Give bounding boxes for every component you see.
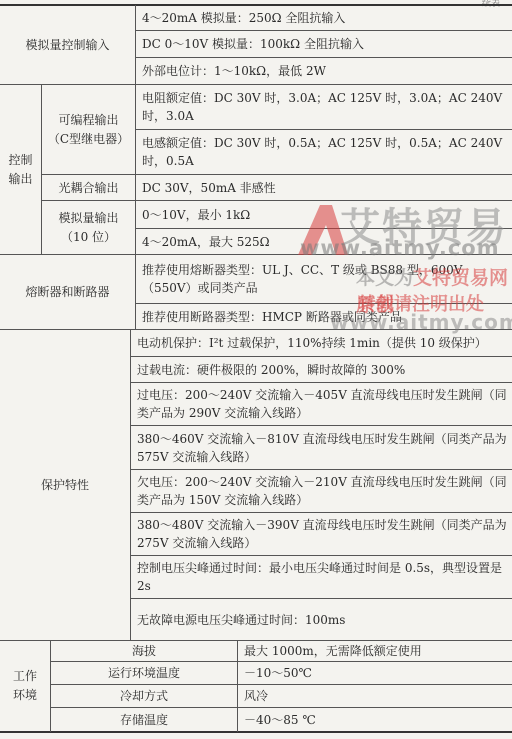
programmable-output-row: 电阻额定值：DC 30V 时，3.0A；AC 125V 时，3.0A；AC 24… [136,85,512,129]
programmable-output-row: 电感额定值：DC 30V 时，0.5A；AC 125V 时，0.5A；AC 24… [136,130,512,174]
environment-label: 工作 环境 [0,641,50,731]
protection-row: 控制电压尖峰通过时间：最小电压尖峰通过时间是 0.5s，典型设置是 2s [131,556,512,598]
analog-output-label: 模拟量输出 （10 位） [42,201,135,254]
analog-input-row: DC 0～10V 模拟量：100kΩ 全阻抗输入 [136,31,512,57]
protection-label: 保护特性 [0,330,130,640]
environment-value: 最大 1000m，无需降低额定使用 [238,641,512,661]
environment-label-text: 工作 环境 [13,667,37,705]
analog-input-row: 外部电位计：1～10kΩ，最低 2W [136,58,512,84]
protection-row: 欠电压：200～240V 交流输入－210V 直流母线电压时发生跳闸（同类产品为… [131,470,512,512]
environment-value: －40～85 ℃ [238,708,512,731]
environment-name: 运行环境温度 [51,662,237,684]
environment-value: 风冷 [238,685,512,707]
fuses-breakers-label: 熔断器和断路器 [0,255,135,329]
programmable-output-label: 可编程输出 （C型继电器） [42,85,135,174]
protection-row: 过电压：200～240V 交流输入－405V 直流母线电压时发生跳闸（同类产品为… [131,383,512,425]
protection-row: 电动机保护：I²t 过载保护，110%持续 1min（提供 10 级保护） [131,330,512,356]
analog-output-row: 0～10V，最小 1kΩ [136,201,512,228]
environment-name: 海拔 [51,641,237,661]
protection-row: 无故障电源电压尖峰通过时间：100ms [131,599,512,640]
environment-name: 存储温度 [51,708,237,731]
protection-row: 380～460V 交流输入－810V 直流母线电压时发生跳闸（同类产品为 575… [131,426,512,469]
protection-row: 过载电流：硬件极限的 200%，瞬时故障的 300% [131,357,512,382]
table-bottom-rule [0,731,512,733]
analog-input-label: 模拟量控制输入 [0,5,135,84]
environment-name: 冷却方式 [51,685,237,707]
optocoupler-output-label: 光耦合输出 [42,175,135,200]
environment-value: －10～50℃ [238,662,512,684]
optocoupler-output-value: DC 30V，50mA 非感性 [136,175,512,200]
spec-table: 续表 模拟量控制输入 4～20mA 模拟量：250Ω 全阻抗输入 DC 0～10… [0,0,512,739]
programmable-output-label-text: 可编程输出 （C型继电器） [48,111,129,149]
control-output-label-text: 控制 输出 [8,151,32,189]
protection-row: 380～480V 交流输入－390V 直流母线电压时发生跳闸（同类产品为 275… [131,513,512,555]
analog-input-row: 4～20mA 模拟量：250Ω 全阻抗输入 [136,5,512,30]
control-output-label: 控制 输出 [0,85,41,254]
analog-output-row: 4～20mA，最大 525Ω [136,229,512,254]
fuses-breakers-row: 推荐使用熔断器类型：UL J、CC、T 级或 BS88 型，600V（550V）… [136,255,512,303]
analog-output-label-text: 模拟量输出 （10 位） [58,209,118,247]
fuses-breakers-row: 推荐使用断路器类型：HMCP 断路器或同类产品 [136,304,512,329]
